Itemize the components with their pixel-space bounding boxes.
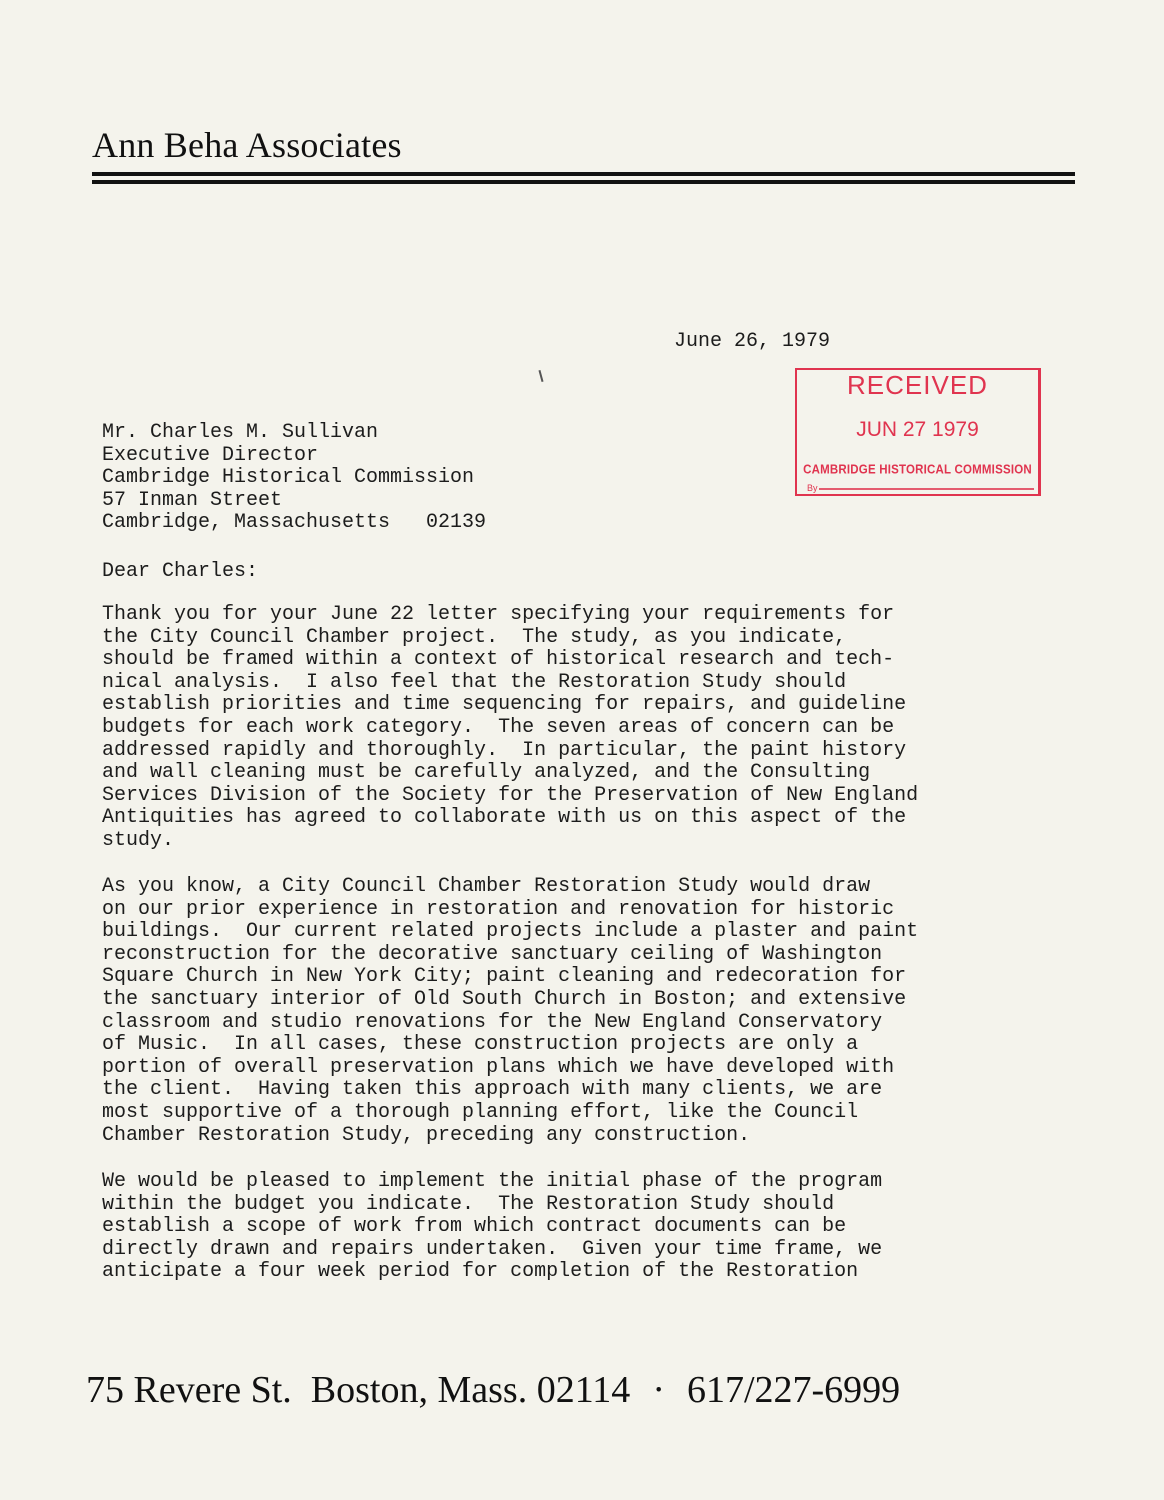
body-line: on our prior experience in restoration a… <box>102 899 918 922</box>
body-line: of Music. In all cases, these constructi… <box>102 1034 918 1057</box>
letterhead-firm-name: Ann Beha Associates <box>92 124 402 166</box>
recipient-line: Cambridge Historical Commission <box>102 467 486 490</box>
body-line: Chamber Restoration Study, preceding any… <box>102 1125 918 1148</box>
body-line: within the budget you indicate. The Rest… <box>102 1194 882 1217</box>
footer-address: 75 Revere St. Boston, Mass. 02114 <box>86 1369 630 1411</box>
stamp-date: JUN 27 1979 <box>797 418 1038 442</box>
body-line: establish a scope of work from which con… <box>102 1216 882 1239</box>
salutation: Dear Charles: <box>102 560 258 583</box>
body-line: study. <box>102 830 918 853</box>
footer-separator: · <box>652 1369 665 1411</box>
body-line: addressed rapidly and thoroughly. In par… <box>102 740 918 763</box>
body-paragraph-2: As you know, a City Council Chamber Rest… <box>102 876 918 1147</box>
body-line: Thank you for your June 22 letter specif… <box>102 604 918 627</box>
body-line: most supportive of a thorough planning e… <box>102 1102 918 1125</box>
body-line: Antiquities has agreed to collaborate wi… <box>102 807 918 830</box>
body-paragraph-1: Thank you for your June 22 letter specif… <box>102 604 918 853</box>
recipient-line: 57 Inman Street <box>102 490 486 513</box>
letterhead-rule-top <box>92 172 1075 176</box>
body-line: portion of overall preservation plans wh… <box>102 1057 918 1080</box>
body-line: anticipate a four week period for comple… <box>102 1261 882 1284</box>
body-line: the sanctuary interior of Old South Chur… <box>102 989 918 1012</box>
body-line: the client. Having taken this approach w… <box>102 1079 918 1102</box>
body-line: Services Division of the Society for the… <box>102 785 918 808</box>
stray-mark <box>538 370 543 382</box>
body-line: Square Church in New York City; paint cl… <box>102 966 918 989</box>
stamp-by-label: By <box>807 483 818 493</box>
received-stamp: RECEIVED JUN 27 1979 CAMBRIDGE HISTORICA… <box>795 368 1041 496</box>
body-line: and wall cleaning must be carefully anal… <box>102 762 918 785</box>
letter-date: June 26, 1979 <box>674 330 830 353</box>
letter-page: Ann Beha Associates June 26, 1979 RECEIV… <box>0 0 1164 1500</box>
footer-phone: 617/227-6999 <box>687 1369 900 1411</box>
stamp-title: RECEIVED <box>797 370 1038 401</box>
letterhead-footer: 75 Revere St. Boston, Mass. 02114·617/22… <box>86 1368 900 1412</box>
body-line: We would be pleased to implement the ini… <box>102 1171 882 1194</box>
recipient-address: Mr. Charles M. Sullivan Executive Direct… <box>102 422 486 535</box>
body-line: budgets for each work category. The seve… <box>102 717 918 740</box>
body-line: reconstruction for the decorative sanctu… <box>102 944 918 967</box>
recipient-line: Mr. Charles M. Sullivan <box>102 422 486 445</box>
body-line: the City Council Chamber project. The st… <box>102 627 918 650</box>
body-line: directly drawn and repairs undertaken. G… <box>102 1239 882 1262</box>
recipient-line: Executive Director <box>102 445 486 468</box>
body-line: buildings. Our current related projects … <box>102 921 918 944</box>
stamp-signature-line <box>819 488 1034 490</box>
letterhead-rule-bottom <box>92 180 1075 184</box>
body-line: should be framed within a context of his… <box>102 649 918 672</box>
body-line: nical analysis. I also feel that the Res… <box>102 672 918 695</box>
stamp-organization: CAMBRIDGE HISTORICAL COMMISSION <box>797 463 1038 477</box>
body-paragraph-3: We would be pleased to implement the ini… <box>102 1171 882 1284</box>
body-line: classroom and studio renovations for the… <box>102 1012 918 1035</box>
body-line: As you know, a City Council Chamber Rest… <box>102 876 918 899</box>
body-line: establish priorities and time sequencing… <box>102 694 918 717</box>
recipient-line: Cambridge, Massachusetts 02139 <box>102 512 486 535</box>
